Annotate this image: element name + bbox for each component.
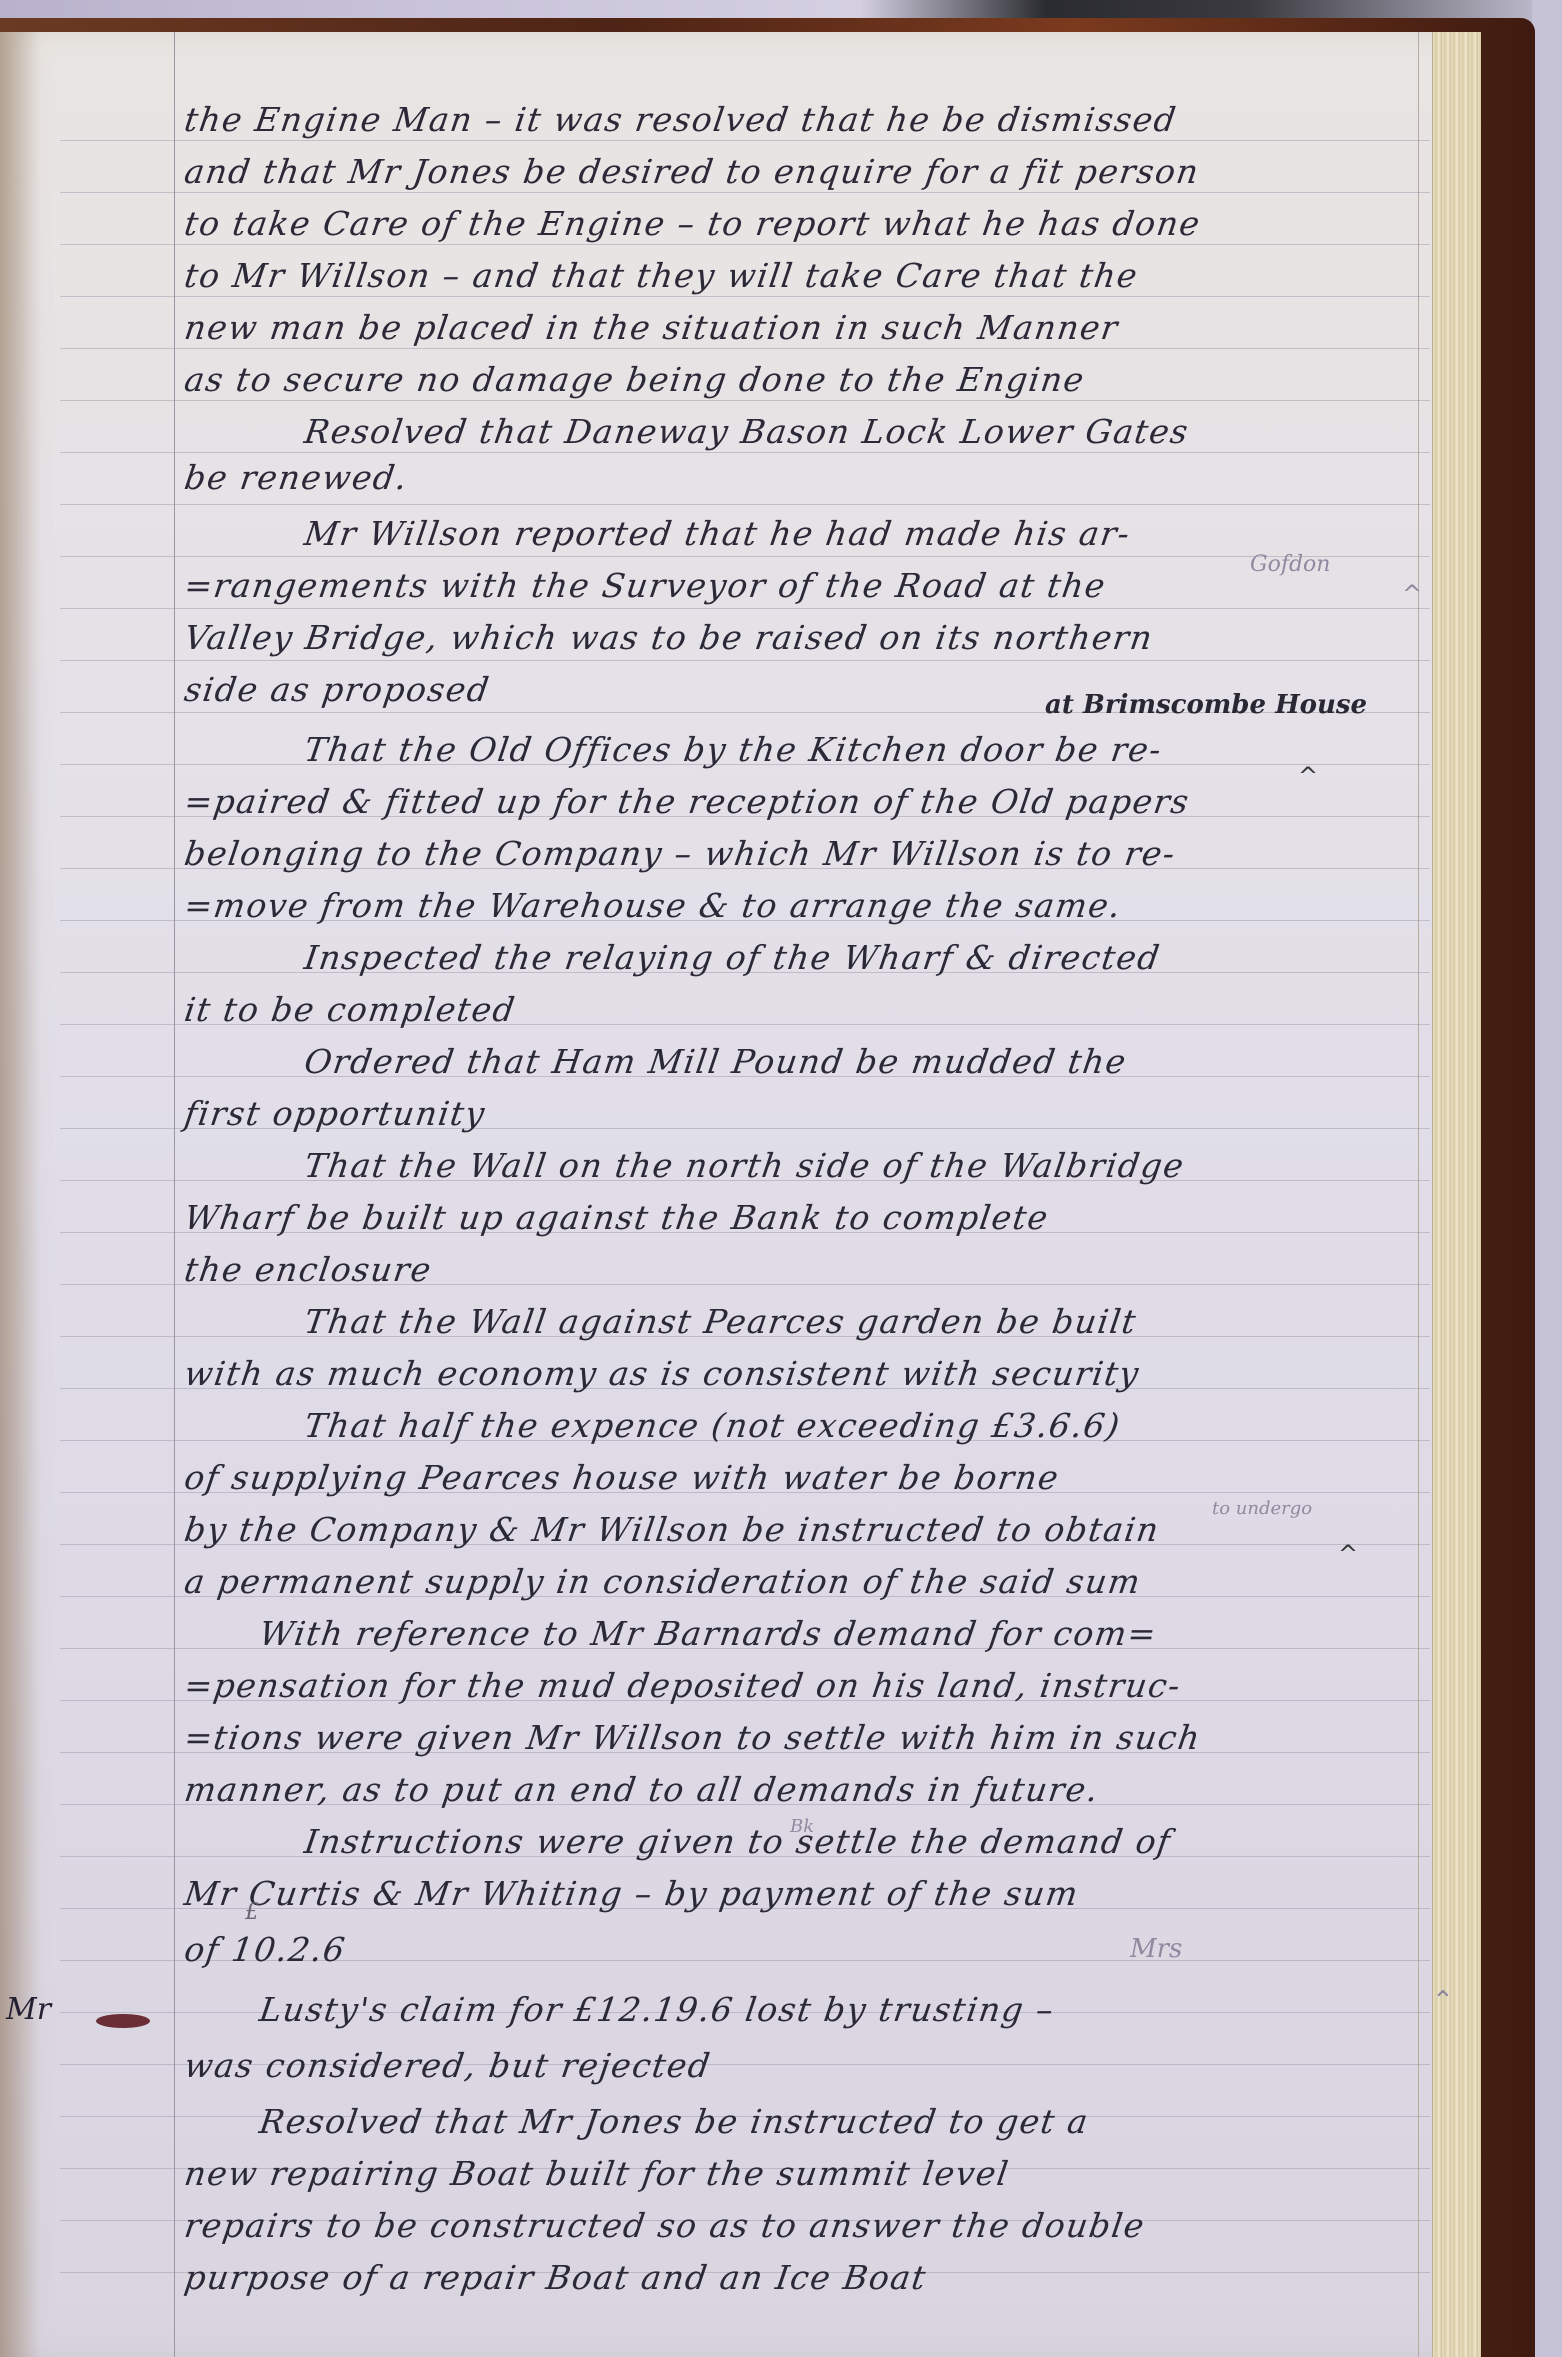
caret-mark-icon: ^ [1402,580,1422,608]
manuscript-line: of supplying Pearces house with water be… [182,1458,1427,1497]
manuscript-line: the enclosure [182,1250,1427,1289]
manuscript-line: the Engine Man – it was resolved that he… [182,100,1427,139]
manuscript-line: repairs to be constructed so as to answe… [182,2206,1427,2245]
manuscript-line: Lusty's claim for £12.19.6 lost by trust… [182,1990,1502,2029]
manuscript-line: and that Mr Jones be desired to enquire … [182,152,1427,191]
inserted-text-brimscombe-house: at Brimscombe House [1045,690,1367,720]
manuscript-line: purpose of a repair Boat and an Ice Boat [182,2258,1427,2297]
manuscript-line: =pensation for the mud deposited on his … [182,1666,1427,1705]
manuscript-line: first opportunity [182,1094,1427,1133]
manuscript-line: =move from the Warehouse & to arrange th… [182,886,1427,925]
manuscript-line: Instructions were given to settle the de… [182,1822,1547,1861]
manuscript-line: was considered, but rejected [182,2046,1427,2085]
manuscript-line: That the Wall against Pearces garden be … [182,1302,1547,1341]
manuscript-line: new repairing Boat built for the summit … [182,2154,1427,2193]
margin-rule [174,32,175,2357]
manuscript-line: new man be placed in the situation in su… [182,308,1427,347]
pencil-annotation-obtain: to undergo [1212,1498,1312,1519]
manuscript-line: =rangements with the Surveyor of the Roa… [182,566,1427,605]
manuscript-line: with as much economy as is consistent wi… [182,1354,1427,1393]
manuscript-line: With reference to Mr Barnards demand for… [182,1614,1502,1653]
manuscript-line: Mr Curtis & Mr Whiting – by payment of t… [182,1874,1427,1913]
manuscript-line: as to secure no damage being done to the… [182,360,1427,399]
manuscript-line: Wharf be built up against the Bank to co… [182,1198,1427,1237]
margin-note: Mr [6,1992,51,2027]
manuscript-line: That half the expence (not exceeding £3.… [182,1406,1547,1445]
manuscript-line: to Mr Willson – and that they will take … [182,256,1427,295]
manuscript-line: be renewed. [182,458,1427,497]
manuscript-line: of 10.2.6 [182,1930,1427,1969]
manuscript-line: Valley Bridge, which was to be raised on… [182,618,1427,657]
pencil-annotation-trusting: Mrs [1130,1934,1182,1964]
manuscript-line: That the Wall on the north side of the W… [182,1146,1547,1185]
pencil-annotation-bridge: Gofdon [1250,552,1330,577]
manuscript-line: manner, as to put an end to all demands … [182,1770,1427,1809]
manuscript-line: to take Care of the Engine – to report w… [182,204,1427,243]
ink-blot [96,2014,150,2028]
manuscript-line: Resolved that Daneway Bason Lock Lower G… [182,412,1547,451]
manuscript-line: Resolved that Mr Jones be instructed to … [182,2102,1502,2141]
caret-mark-icon: ^ [1338,1540,1358,1568]
manuscript-line: it to be completed [182,990,1427,1029]
pound-sign-annotation: £ [245,1900,259,1925]
manuscript-line: Ordered that Ham Mill Pound be mudded th… [182,1042,1547,1081]
manuscript-line: Inspected the relaying of the Wharf & di… [182,938,1547,977]
pencil-tick-icon: ⌃ [1432,1986,1454,2016]
manuscript-line: =tions were given Mr Willson to settle w… [182,1718,1427,1757]
manuscript-line: belonging to the Company – which Mr Will… [182,834,1427,873]
manuscript-line: That the Old Offices by the Kitchen door… [182,730,1547,769]
pencil-annotation-whiting: Bk [790,1816,814,1837]
manuscript-line: Mr Willson reported that he had made his… [182,514,1547,553]
caret-mark-icon: ^ [1298,762,1318,790]
manuscript-line: a permanent supply in consideration of t… [182,1562,1427,1601]
manuscript-line: =paired & fitted up for the reception of… [182,782,1427,821]
